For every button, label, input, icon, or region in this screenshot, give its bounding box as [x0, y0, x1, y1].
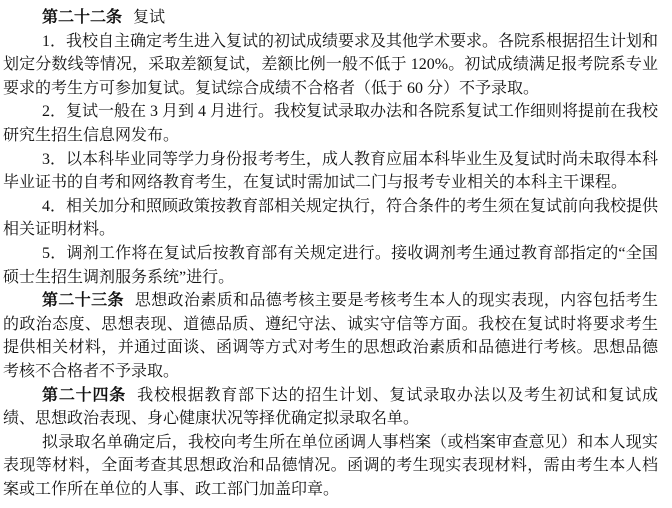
article-22-item-2: 2．复试一般在 3 月到 4 月进行。我校复试录取办法和各院系复试工作细则将提前… [3, 100, 658, 147]
article-23-number: 第二十三条 [42, 292, 124, 309]
article-22-item-5: 5．调剂工作将在复试后按教育部有关规定进行。接收调剂考生通过教育部指定的“全国硕… [3, 242, 658, 289]
article-22-number: 第二十二条 [42, 9, 122, 26]
paragraph-text: 3．以本科毕业同等学力身份报考考生，成人教育应届本科毕业生及复试时尚未取得本科毕… [3, 151, 658, 192]
paragraph-text: 2．复试一般在 3 月到 4 月进行。我校复试录取办法和各院系复试工作细则将提前… [3, 103, 658, 144]
paragraph-text: 拟录取名单确定后，我校向考生所在单位函调人事档案（或档案审查意见）和本人现实表现… [3, 434, 658, 498]
paragraph-text: 1．我校自主确定考生进入复试的初试成绩要求及其他学术要求。各院系根据招生计划和划… [3, 33, 658, 97]
paragraph-text: 5．调剂工作将在复试后按教育部有关规定进行。接收调剂考生通过教育部指定的“全国硕… [3, 245, 658, 286]
closing-paragraph: 拟录取名单确定后，我校向考生所在单位函调人事档案（或档案审查意见）和本人现实表现… [3, 431, 658, 502]
heading-article-22: 第二十二条复试 [3, 6, 658, 30]
article-22-title: 复试 [133, 9, 165, 26]
document-page: 第二十二条复试 1．我校自主确定考生进入复试的初试成绩要求及其他学术要求。各院系… [0, 0, 672, 508]
article-23: 第二十三条思想政治素质和品德考核主要是考核考生本人的现实表现，内容包括考生的政治… [3, 289, 658, 383]
article-22-item-3: 3．以本科毕业同等学力身份报考考生，成人教育应届本科毕业生及复试时尚未取得本科毕… [3, 148, 658, 195]
article-22-item-4: 4．相关加分和照顾政策按教育部相关规定执行，符合条件的考生须在复试前向我校提供相… [3, 195, 658, 242]
article-24: 第二十四条我校根据教育部下达的招生计划、复试录取办法以及考生初试和复试成绩、思想… [3, 384, 658, 431]
article-22-item-1: 1．我校自主确定考生进入复试的初试成绩要求及其他学术要求。各院系根据招生计划和划… [3, 30, 658, 101]
article-24-number: 第二十四条 [42, 387, 126, 404]
paragraph-text: 4．相关加分和照顾政策按教育部相关规定执行，符合条件的考生须在复试前向我校提供相… [3, 198, 658, 239]
